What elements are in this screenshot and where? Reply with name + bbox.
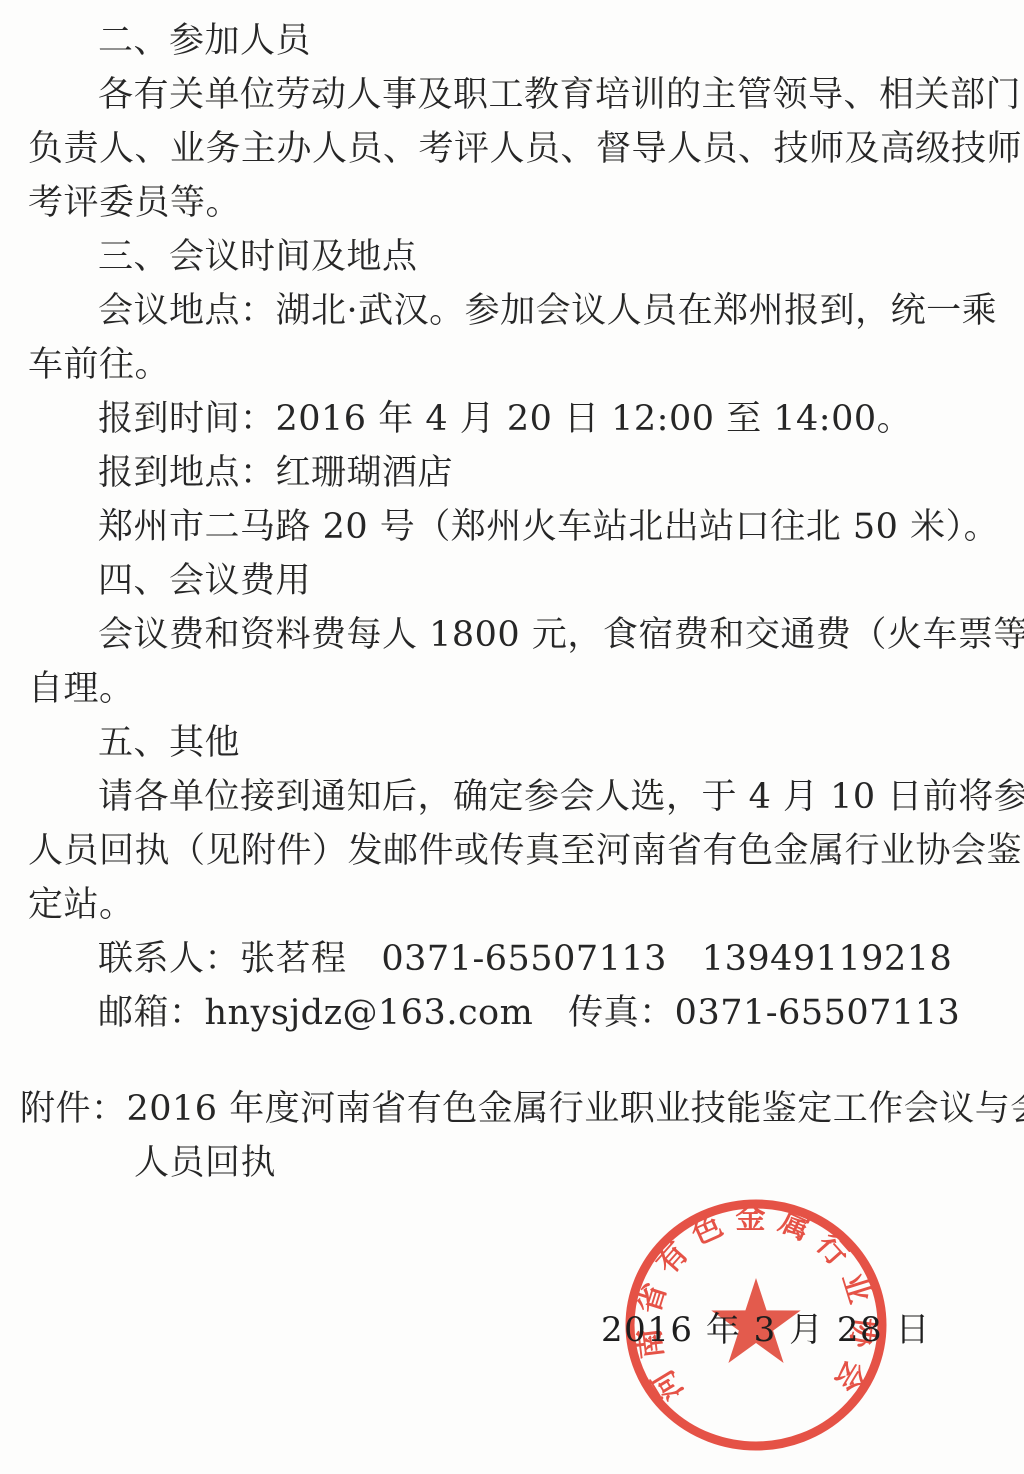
doc-line-checkin-place: 报到地点：红珊瑚酒店 [28, 446, 1008, 500]
contact-email-fax-line: 邮箱：hnysjdz@163.com 传真：0371-65507113 [28, 986, 1008, 1040]
doc-line: 车前往。 [28, 338, 1008, 392]
contact-person-line: 联系人：张茗程 0371-65507113 13949119218 [28, 932, 1008, 986]
doc-line: 负责人、业务主办人员、考评人员、督导人员、技师及高级技师 [28, 122, 1008, 176]
doc-line: 各有关单位劳动人事及职工教育培训的主管领导、相关部门 [28, 68, 1008, 122]
doc-line-address: 郑州市二马路 20 号（郑州火车站北出站口往北 50 米）。 [28, 500, 1008, 554]
attachment-note-line: 附件：2016 年度河南省有色金属行业职业技能鉴定工作会议与会 [20, 1082, 1008, 1136]
doc-line: 考评委员等。 [28, 176, 1008, 230]
section-heading-other: 五、其他 [28, 716, 1008, 770]
doc-line: 请各单位接到通知后，确定参会人选，于 4 月 10 日前将参会 [28, 770, 1008, 824]
doc-line-fee-detail: 会议费和资料费每人 1800 元，食宿费和交通费（火车票等） [28, 608, 1008, 662]
attachment-note-line: 人员回执 [28, 1136, 1008, 1190]
doc-line-meeting-place: 会议地点：湖北·武汉。参加会议人员在郑州报到，统一乘 [28, 284, 1008, 338]
doc-line-checkin-time: 报到时间：2016 年 4 月 20 日 12:00 至 14:00。 [28, 392, 1008, 446]
doc-line: 定站。 [28, 878, 1008, 932]
document-date: 2016 年 3 月 28 日 [601, 1310, 931, 1350]
doc-line: 自理。 [28, 662, 1008, 716]
blank-gap [28, 1040, 1008, 1082]
section-heading-fees: 四、会议费用 [28, 554, 1008, 608]
document-page: 二、参加人员 各有关单位劳动人事及职工教育培训的主管领导、相关部门 负责人、业务… [0, 0, 1024, 1474]
document-body: 二、参加人员 各有关单位劳动人事及职工教育培训的主管领导、相关部门 负责人、业务… [28, 14, 1008, 1190]
section-heading-time-place: 三、会议时间及地点 [28, 230, 1008, 284]
section-heading-participants: 二、参加人员 [28, 14, 1008, 68]
doc-line: 人员回执（见附件）发邮件或传真至河南省有色金属行业协会鉴 [28, 824, 1008, 878]
